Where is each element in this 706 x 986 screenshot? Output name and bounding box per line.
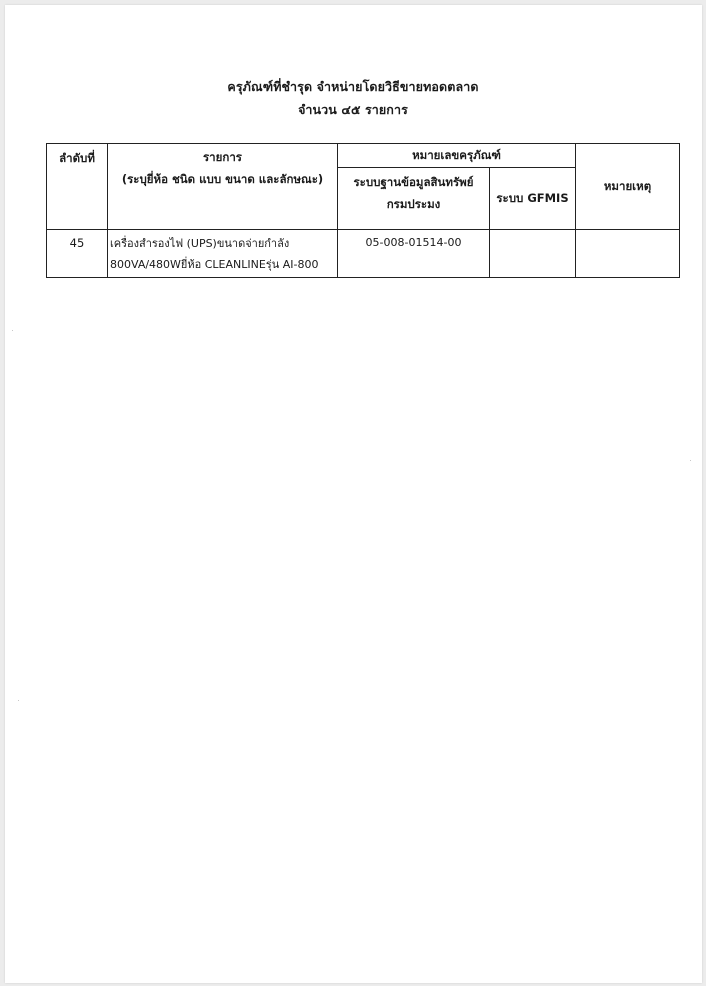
cell-asset-db-code: 05-008-01514-00 — [338, 230, 490, 278]
scan-speck — [18, 700, 19, 701]
cell-item-line2: 800VA/480Wยี่ห้อ CLEANLINEรุ่น AI-800 — [110, 254, 337, 275]
header-items-label: รายการ — [108, 146, 337, 168]
scan-speck — [12, 330, 13, 331]
table-row: 45 เครื่องสำรองไฟ (UPS)ขนาดจ่ายกำลัง 800… — [47, 230, 680, 278]
header-asset-db-label: ระบบฐานข้อมูลสินทรัพย์ — [338, 171, 489, 193]
header-remarks: หมายเหตุ — [576, 144, 680, 230]
header-seq-label: ลำดับที่ — [59, 151, 95, 165]
cell-gfmis — [490, 230, 576, 278]
header-asset-db: ระบบฐานข้อมูลสินทรัพย์ กรมประมง — [338, 168, 490, 230]
header-gfmis: ระบบ GFMIS — [490, 168, 576, 230]
header-asset-number-label: หมายเลขครุภัณฑ์ — [412, 148, 501, 162]
cell-remarks — [576, 230, 680, 278]
header-items-detail: (ระบุยี่ห้อ ชนิด แบบ ขนาด และลักษณะ) — [108, 168, 337, 190]
header-remarks-label: หมายเหตุ — [604, 179, 651, 193]
header-seq: ลำดับที่ — [47, 144, 108, 230]
scan-speck — [690, 460, 691, 461]
asset-disposal-table: ลำดับที่ รายการ (ระบุยี่ห้อ ชนิด แบบ ขนา… — [46, 143, 680, 278]
header-asset-db-dept: กรมประมง — [338, 193, 489, 215]
cell-seq: 45 — [47, 230, 108, 278]
header-asset-number: หมายเลขครุภัณฑ์ — [338, 144, 576, 168]
document-subtitle: จำนวน ๔๕ รายการ — [0, 100, 706, 120]
header-items: รายการ (ระบุยี่ห้อ ชนิด แบบ ขนาด และลักษ… — [108, 144, 338, 230]
document-title: ครุภัณฑ์ที่ชำรุด จำหน่ายโดยวิธีขายทอดตลา… — [0, 77, 706, 97]
cell-item: เครื่องสำรองไฟ (UPS)ขนาดจ่ายกำลัง 800VA/… — [108, 230, 338, 278]
header-gfmis-label: ระบบ GFMIS — [496, 191, 568, 205]
cell-item-line1: เครื่องสำรองไฟ (UPS)ขนาดจ่ายกำลัง — [110, 233, 337, 254]
